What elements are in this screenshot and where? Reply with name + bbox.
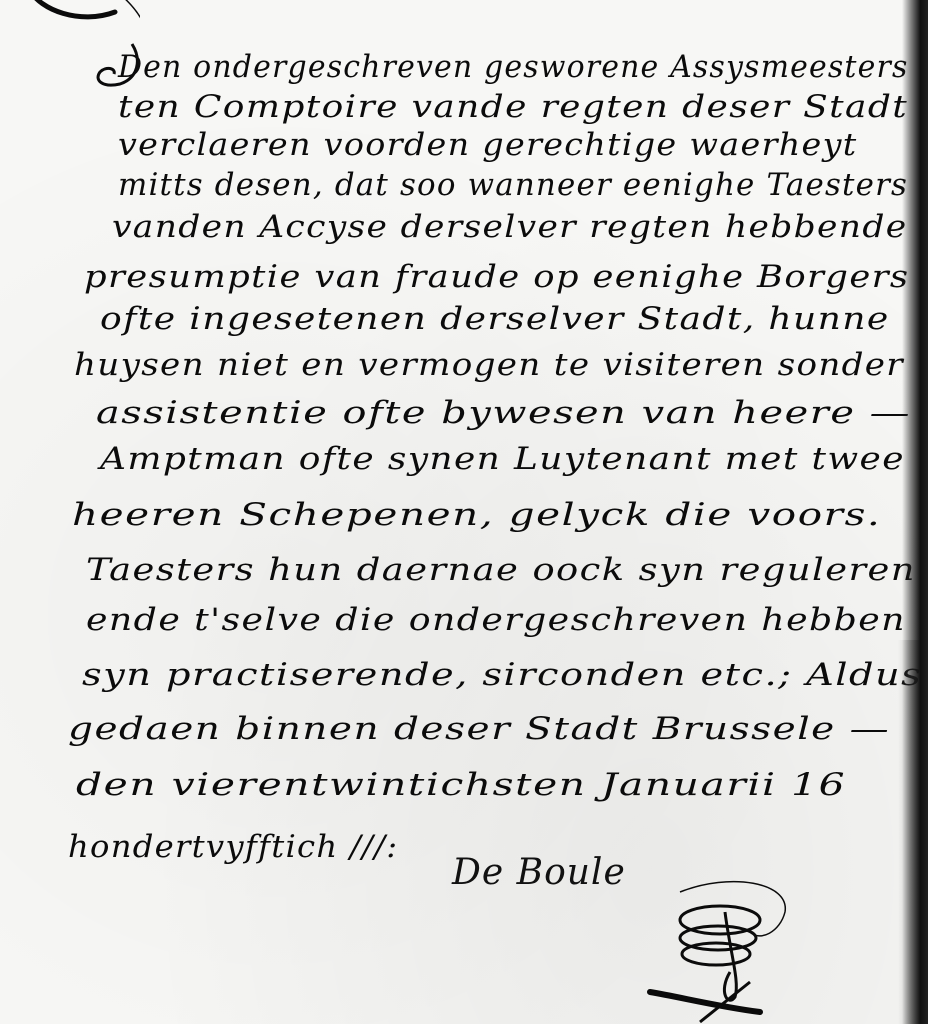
manuscript-line-8: huysen niet en vermogen te visiteren son… — [74, 350, 904, 381]
manuscript-line-12: Taesters hun daernae oock syn reguleren — [86, 555, 916, 586]
manuscript-line-1: Den ondergeschreven gesworene Assysmeest… — [118, 52, 908, 83]
manuscript-line-3: verclaeren voorden gerechtige waerheyt — [118, 130, 857, 161]
manuscript-line-17: hondertvyfftich ///: — [68, 832, 398, 863]
manuscript-line-5: vanden Accyse derselver regten hebbende — [112, 212, 907, 243]
manuscript-line-14: syn practiserende, sirconden etc.; Aldus — [82, 660, 922, 691]
binding-gutter-shadow — [902, 0, 928, 1024]
signature: De Boule — [452, 852, 626, 893]
manuscript-line-2: ten Comptoire vande regten deser Stadt — [118, 92, 908, 123]
manuscript-line-10: Amptman ofte synen Luytenant met twee — [100, 444, 905, 475]
manuscript-line-11: heeren Schepenen, gelyck die voors. — [72, 500, 881, 531]
manuscript-page: Den ondergeschreven gesworene Assysmeest… — [0, 0, 928, 1024]
manuscript-line-13: ende t'selve die ondergeschreven hebben — [86, 605, 906, 636]
manuscript-line-15: gedaen binnen deser Stadt Brussele — — [68, 714, 890, 745]
manuscript-line-4: mitts desen, dat soo wanneer eenighe Tae… — [118, 170, 908, 201]
manuscript-line-6: presumptie van fraude op eenighe Borgers — [84, 262, 909, 293]
manuscript-line-7: ofte ingesetenen derselver Stadt, hunne — [100, 304, 890, 335]
manuscript-line-16: den vierentwintichsten Januarii 16 — [76, 770, 846, 801]
signature-paraph-icon — [640, 872, 810, 1024]
manuscript-line-9: assistentie ofte bywesen van heere — — [96, 398, 911, 429]
